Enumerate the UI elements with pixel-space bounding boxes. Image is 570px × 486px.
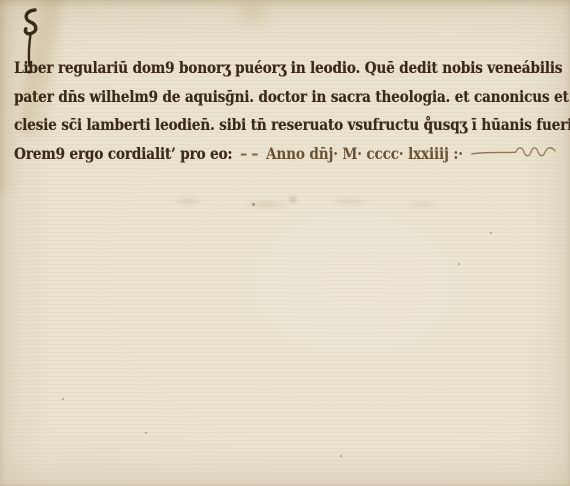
stain bbox=[210, 0, 295, 51]
oremus-phrase: Orem9 ergo cordialit’ pro eo: bbox=[14, 144, 232, 163]
inscription-line-4: Orem9 ergo cordialit’ pro eo:– –Anno dn̄… bbox=[14, 144, 558, 163]
stain bbox=[0, 0, 570, 10]
anno-domini-date: Anno dn̄j· M· cccc· lxxiiij :· bbox=[266, 144, 463, 163]
ink-speck bbox=[62, 398, 64, 400]
ink-speck bbox=[145, 432, 147, 434]
ink-speck bbox=[490, 232, 492, 234]
inscription-line-2: pater dn̄s wilhelm9 de aquisḡni. doctor … bbox=[14, 87, 570, 106]
inscription-line-3: clesie sc̄i lamberti leodien̄. sibi tn̄ … bbox=[14, 115, 570, 134]
stain bbox=[0, 0, 14, 190]
ink-speck bbox=[340, 455, 342, 457]
faded-inscription bbox=[152, 186, 452, 220]
parchment-page: Liber regulariū dom9 bonorʒ puéorʒ in le… bbox=[0, 0, 570, 486]
ink-speck bbox=[458, 263, 460, 265]
ink-speck bbox=[252, 203, 255, 206]
inscription-line-1: Liber regulariū dom9 bonorʒ puéorʒ in le… bbox=[14, 58, 562, 77]
pen-dashes: – – bbox=[240, 144, 258, 163]
pen-flourish-icon bbox=[470, 145, 558, 161]
